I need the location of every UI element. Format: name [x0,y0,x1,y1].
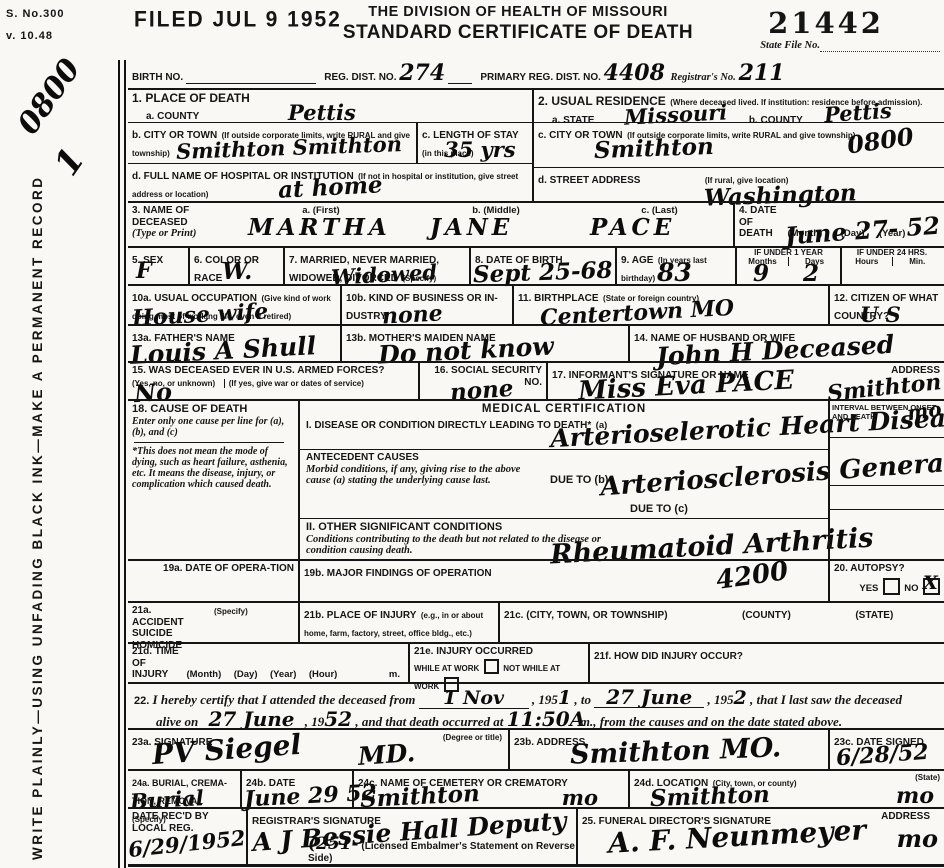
death-time-value: 11:50A [507,709,577,730]
place-of-injury-label: 21b. PLACE OF INJURY [304,610,416,621]
certify-f6: alive on [156,714,198,729]
date-of-death-label: 4. DATE OF DEATH [739,205,783,240]
row-parents-spouse: 13a. FATHER'S NAME Louis A Shull 13b. MO… [128,324,944,361]
citizen-value: U S [860,304,901,325]
interval-value: mo [906,399,943,424]
certificate-number: 21442 [768,6,884,40]
injury-city-label: 21c. (CITY, TOWN, OR TOWNSHIP) [504,610,668,621]
birth-no-blank [186,69,316,84]
registrar-no-value: 211 [739,60,785,86]
injury-occurred-label: 21e. INJURY OCCURRED [414,646,584,658]
street-label: d. STREET ADDRESS [538,175,640,186]
injury-county-label: (COUNTY) [742,610,791,621]
antecedent-note: Morbid conditions, if any, giving rise t… [306,464,536,486]
residence-city-value: Smithton [594,135,714,162]
interval-rule-c [830,509,944,510]
row-operation-autopsy: 19a. DATE OF OPERA-TION 19b. MAJOR FINDI… [128,559,944,601]
certificate-title: STANDARD CERTIFICATE OF DEATH [308,22,728,44]
form-border-rule [118,60,120,868]
row-time-of-injury: 21d. TIME OF INJURY (Month) (Day) (Year)… [128,642,944,682]
interval-rule-a [830,437,944,438]
form-number-line2: v. 10.48 [6,30,53,42]
degree-label: (Degree or title) [443,733,502,742]
row-registrar-funeral: DATE REC'D BY LOCAL REG. 6/29/1952 REGIS… [128,807,944,867]
registration-line: BIRTH NO. REG. DIST. NO. 274 PRIMARY REG… [132,62,942,84]
toi-hour: (Hour) [309,669,338,680]
residence-stamp-code: 0800 [846,124,915,157]
county-label: a. COUNTY [146,111,199,122]
certify-f7: , 19 [305,714,325,729]
row-accident-injury-place: 21a. ACCIDENT SUICIDE HOMICIDE (Specify)… [128,601,944,642]
date-signed-value: 6/28/52 [835,741,929,769]
physician-address-value: Smithton MO. [570,734,782,768]
primary-reg-dist-label: PRIMARY REG. DIST. NO. [480,72,601,83]
row-occupation-birthplace: 10a. USUAL OCCUPATION (Give kind of work… [128,284,944,324]
burial-location-value: Smithton [650,783,770,810]
certificate-form: FILED JUL 9 1952 THE DIVISION OF HEALTH … [128,0,944,867]
embalmer-note-line: (251- (Licensed Embalmer's Statement on … [308,836,576,864]
registrar-no-label: Registrar's No. [670,72,735,83]
toi-day: (Day) [234,669,258,680]
state-file-label-text: State File No. [760,40,820,51]
death-certificate-scan: S. No.300 v. 10.48 0800 1 WRITE PLAINLY—… [0,0,944,868]
date-of-birth-value: Sept 25-68 [473,259,613,287]
toi-month: (Month) [186,669,221,680]
attended-to-year: 2 [734,687,747,709]
certify-f4: , 195 [708,692,734,707]
primary-reg-dist-value: 4408 [604,60,665,86]
time-of-injury-label: 21d. TIME OF INJURY [132,646,182,681]
birth-no-label: BIRTH NO. [132,72,183,83]
stay-value: 35 yrs [444,139,516,160]
alive-on-value: 27 June [202,709,302,730]
injury-state-label: (STATE) [855,610,893,621]
code-251: (251- [308,834,359,854]
last-name-value: PACE [590,216,729,239]
attended-from-value: 1 Nov [419,689,529,709]
if-under-1yr-label: IF UNDER 1 YEAR [737,248,840,257]
physician-signature-value: PV Siegel [151,731,302,769]
place-of-death-section: 1. PLACE OF DEATH a. COUNTY Pettis b. CI… [128,90,532,201]
operation-scribble: 4200 [714,558,789,594]
if-under-24hrs-label: IF UNDER 24 HRS. [842,248,942,257]
name-title: 3. NAME OF DECEASED [132,205,232,228]
toi-year: (Year) [270,669,296,680]
left-margin: S. No.300 v. 10.48 0800 1 WRITE PLAINLY—… [0,0,126,868]
state-file-blank [820,40,940,52]
armed-forces-note2: (If yes, give war or dates of service) [224,379,418,388]
row-certification-statement: 22. I hereby certify that I attended the… [128,682,944,728]
county-value: Pettis [288,102,356,123]
margin-code2-handwritten: 1 [49,143,90,182]
state-file-no-label: State File No. [760,40,940,52]
while-at-work-checkbox[interactable] [484,659,499,674]
autopsy-yes-checkbox[interactable] [883,578,900,595]
form-number-line1: S. No.300 [6,8,65,20]
due-to-c-label: DUE TO (c) [630,503,688,516]
physician-degree-value: MD. [357,740,416,769]
row-cause-of-death: 18. CAUSE OF DEATH Enter only one cause … [128,399,944,559]
attended-from-year: 1 [558,687,571,709]
autopsy-no-mark: X [923,574,938,593]
days-value: 2 [803,262,819,285]
attended-to-value: 27 June [594,687,704,708]
hospital-value: at home [277,173,383,201]
cause-note1: Enter only one cause per line for (a), (… [132,416,294,438]
issuing-org-title: THE DIVISION OF HEALTH OF MISSOURI [308,4,728,20]
burial-location-state-value: mo [896,785,934,807]
cause-note2: *This does not mean the mode of dying, s… [132,446,294,490]
certify-num: 22. [134,695,149,707]
months-value: 9 [753,262,769,285]
accident-note: (Specify) [214,607,248,616]
margin-code-handwritten: 0800 [14,54,86,140]
form-border-rule-inner [124,60,126,868]
date-of-operation-label: 19a. DATE OF OPERA-TION [132,563,294,575]
while-at-work-label: WHILE AT WORK [414,664,479,673]
min-label: Min. [892,257,943,266]
funeral-director-address: mo [897,827,938,851]
certify-f9: m., from the causes and on the date stat… [580,714,842,729]
funeral-address-label: ADDRESS [881,811,930,823]
certify-f8: , and that death occurred at [355,714,503,729]
cemetery-state-value: mo [562,787,598,808]
certify-line2: alive on 27 June , 1952 , and that death… [156,709,938,730]
armed-forces-label: 15. WAS DECEASED EVER IN U.S. ARMED FORC… [128,363,418,379]
certify-f5: , that I last saw the deceased [750,692,902,707]
middle-name-value: JANE [430,216,582,239]
autopsy-no-label: NO [904,583,918,594]
disease-condition-label: I. DISEASE OR CONDITION DIRECTLY LEADING… [306,420,591,431]
age-value: 83 [657,260,692,285]
row-armedforces-ssn-informant: 15. WAS DECEASED EVER IN U.S. ARMED FORC… [128,361,944,399]
row-physician-signature: 23a. SIGNATURE (Degree or title) PV Sieg… [128,728,944,769]
row-name-dateofdeath: 3. NAME OF DECEASED (Type or Print) a. (… [128,201,944,246]
autopsy-yes-label: YES [859,583,878,594]
how-injury-label: 21f. HOW DID INJURY OCCUR? [594,651,743,662]
autopsy-no-checkbox[interactable]: X [923,578,940,595]
color-race-value: W. [222,260,252,283]
hours-label: Hours [842,257,892,266]
sex-value: F [136,260,152,282]
certify-f3: , to [574,692,591,707]
toi-m: m. [389,669,400,680]
reg-dist-value: 274 [399,60,445,86]
row-place-residence: 1. PLACE OF DEATH a. COUNTY Pettis b. CI… [128,88,944,201]
city-value: Smithton Smithton [176,133,403,162]
burial-location-state-note: (State) [915,773,940,782]
major-findings-label: 19b. MAJOR FINDINGS OF OPERATION [304,568,492,579]
name-note: (Type or Print) [132,228,232,239]
form-header: FILED JUL 9 1952 THE DIVISION OF HEALTH … [128,0,944,88]
reg-dist-label: REG. DIST. NO. [324,72,396,83]
interval-rule-b [830,485,944,486]
certify-line1: 22. I hereby certify that I attended the… [134,687,938,709]
row-burial: 24a. BURIAL, CREMA-TION, REMOVAL (Specif… [128,769,944,807]
margin-vertical-instruction: WRITE PLAINLY—USING UNFADING BLACK INK—M… [30,120,45,860]
usual-residence-section: 2. USUAL RESIDENCE (Where deceased lived… [532,90,944,201]
date-of-death-value: June 27- 52 [784,214,940,249]
age-label: 9. AGE [621,255,653,266]
first-name-value: MARTHA [248,216,402,239]
certify-f1: I hereby certify that I attended the dec… [153,692,416,707]
certify-f2: , 195 [532,692,558,707]
reg-dist-blank [448,69,472,84]
cause-title: 18. CAUSE OF DEATH [132,403,294,416]
row-sex-race-age: 5. SEX F 6. COLOR OR RACE W. 7. MARRIED,… [128,246,944,284]
